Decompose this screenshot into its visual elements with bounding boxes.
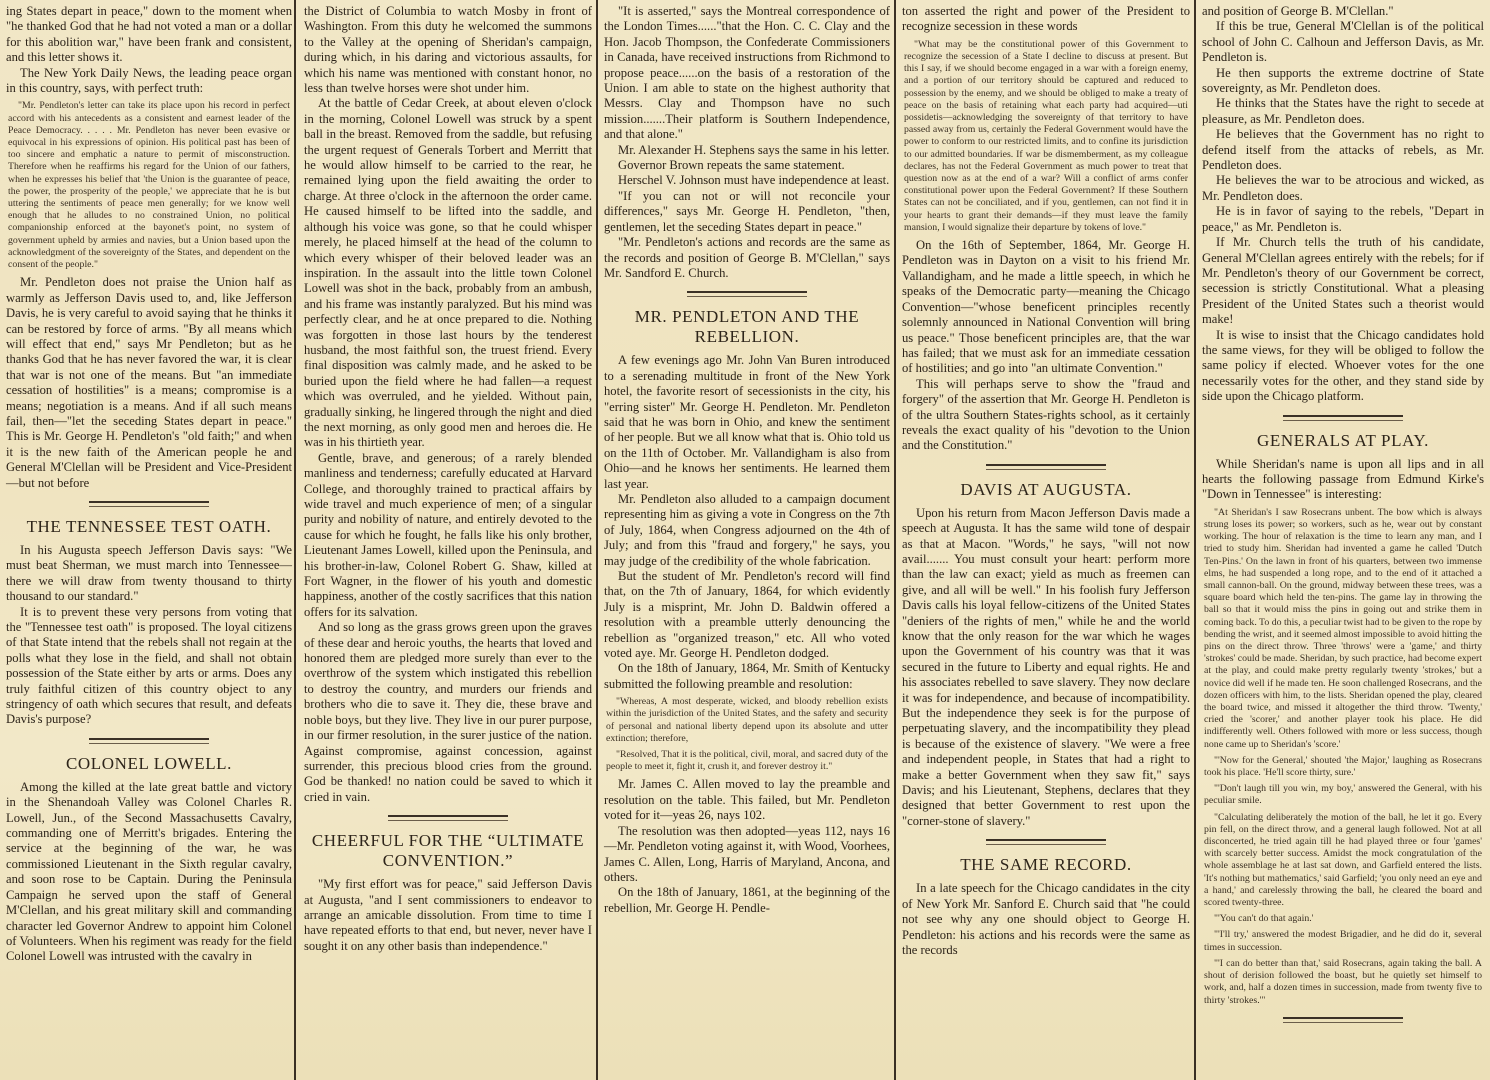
article-paragraph: It is to prevent these very persons from…: [6, 605, 292, 728]
article-paragraph: "It is asserted," says the Montreal corr…: [604, 4, 890, 143]
article-headline: MR. PENDLETON AND THE REBELLION.: [604, 307, 890, 347]
article-paragraph: The New York Daily News, the leading pea…: [6, 66, 292, 97]
section-divider: [388, 815, 508, 821]
column-rule: [294, 0, 296, 1080]
article-paragraph: A few evenings ago Mr. John Van Buren in…: [604, 353, 890, 492]
article-paragraph: At the battle of Cedar Creek, at about e…: [304, 96, 592, 450]
article-paragraph: ing States depart in peace," down to the…: [6, 4, 292, 66]
article-paragraph: Mr. Pendleton does not praise the Union …: [6, 275, 292, 491]
article-paragraph: And so long as the grass grows green upo…: [304, 620, 592, 805]
section-divider: [1283, 1017, 1403, 1023]
article-paragraph: In his Augusta speech Jefferson Davis sa…: [6, 543, 292, 605]
article-paragraph: It is wise to insist that the Chicago ca…: [1202, 328, 1484, 405]
column-5: and position of George B. M'Clellan."If …: [1196, 0, 1490, 1080]
block-quote: "Mr. Pendleton's letter can take its pla…: [8, 100, 290, 271]
article-paragraph: If Mr. Church tells the truth of his can…: [1202, 235, 1484, 327]
article-paragraph: "My first effort was for peace," said Je…: [304, 877, 592, 954]
section-divider: [89, 501, 209, 507]
block-quote: "Calculating deliberately the motion of …: [1204, 812, 1482, 910]
article-paragraph: While Sheridan's name is upon all lips a…: [1202, 457, 1484, 503]
article-paragraph: This will perhaps serve to show the "fra…: [902, 377, 1190, 454]
section-divider: [986, 464, 1106, 470]
article-paragraph: and position of George B. M'Clellan.": [1202, 4, 1484, 19]
column-4: ton asserted the right and power of the …: [896, 0, 1196, 1080]
article-paragraph: Mr. Alexander H. Stephens says the same …: [604, 143, 890, 158]
article-headline: DAVIS AT AUGUSTA.: [902, 480, 1190, 500]
block-quote: "At Sheridan's I saw Rosecrans unbent. T…: [1204, 507, 1482, 751]
article-paragraph: the District of Columbia to watch Mosby …: [304, 4, 592, 96]
column-3: "It is asserted," says the Montreal corr…: [598, 0, 896, 1080]
block-quote: "'Don't laugh till you win, my boy,' ans…: [1204, 783, 1482, 807]
article-paragraph: He then supports the extreme doctrine of…: [1202, 66, 1484, 97]
article-paragraph: ton asserted the right and power of the …: [902, 4, 1190, 35]
article-paragraph: In a late speech for the Chicago candida…: [902, 881, 1190, 958]
article-paragraph: Among the killed at the late great battl…: [6, 780, 292, 965]
article-paragraph: "Mr. Pendleton's actions and records are…: [604, 235, 890, 281]
article-paragraph: Upon his return from Macon Jefferson Dav…: [902, 506, 1190, 830]
section-divider: [1283, 415, 1403, 421]
article-paragraph: Mr. James C. Allen moved to lay the prea…: [604, 777, 890, 823]
newspaper-page: ing States depart in peace," down to the…: [0, 0, 1490, 1080]
article-headline: COLONEL LOWELL.: [6, 754, 292, 774]
article-headline: THE SAME RECORD.: [902, 855, 1190, 875]
article-paragraph: He believes that the Government has no r…: [1202, 127, 1484, 173]
block-quote: "'Now for the General,' shouted 'the Maj…: [1204, 755, 1482, 779]
section-divider: [986, 839, 1106, 845]
column-2: the District of Columbia to watch Mosby …: [298, 0, 598, 1080]
block-quote: "What may be the constitutional power of…: [904, 39, 1188, 234]
article-paragraph: Governor Brown repeats the same statemen…: [604, 158, 890, 173]
article-paragraph: He thinks that the States have the right…: [1202, 96, 1484, 127]
article-paragraph: On the 16th of September, 1864, Mr. Geor…: [902, 238, 1190, 377]
block-quote: "'I'll try,' answered the modest Brigadi…: [1204, 929, 1482, 953]
article-paragraph: Herschel V. Johnson must have independen…: [604, 173, 890, 188]
article-headline: CHEERFUL FOR THE “ULTIMATE CONVENTION.”: [304, 831, 592, 871]
article-headline: THE TENNESSEE TEST OATH.: [6, 517, 292, 537]
section-divider: [687, 291, 807, 297]
article-paragraph: He believes the war to be atrocious and …: [1202, 173, 1484, 204]
block-quote: "Resolved, That it is the political, civ…: [606, 749, 888, 773]
article-paragraph: But the student of Mr. Pendleton's recor…: [604, 569, 890, 661]
article-headline: GENERALS AT PLAY.: [1202, 431, 1484, 451]
article-paragraph: Mr. Pendleton also alluded to a campaign…: [604, 492, 890, 569]
block-quote: "'I can do better than that,' said Rosec…: [1204, 958, 1482, 1007]
article-paragraph: On the 18th of January, 1864, Mr. Smith …: [604, 661, 890, 692]
article-paragraph: "If you can not or will not reconcile yo…: [604, 189, 890, 235]
article-paragraph: Gentle, brave, and generous; of a rarely…: [304, 451, 592, 620]
article-paragraph: The resolution was then adopted—yeas 112…: [604, 824, 890, 886]
block-quote: "Whereas, A most desperate, wicked, and …: [606, 696, 888, 745]
column-1: ing States depart in peace," down to the…: [0, 0, 298, 1080]
article-paragraph: On the 18th of January, 1861, at the beg…: [604, 885, 890, 916]
section-divider: [89, 738, 209, 744]
block-quote: "'You can't do that again.': [1204, 913, 1482, 925]
article-paragraph: He is in favor of saying to the rebels, …: [1202, 204, 1484, 235]
article-paragraph: If this be true, General M'Clellan is of…: [1202, 19, 1484, 65]
